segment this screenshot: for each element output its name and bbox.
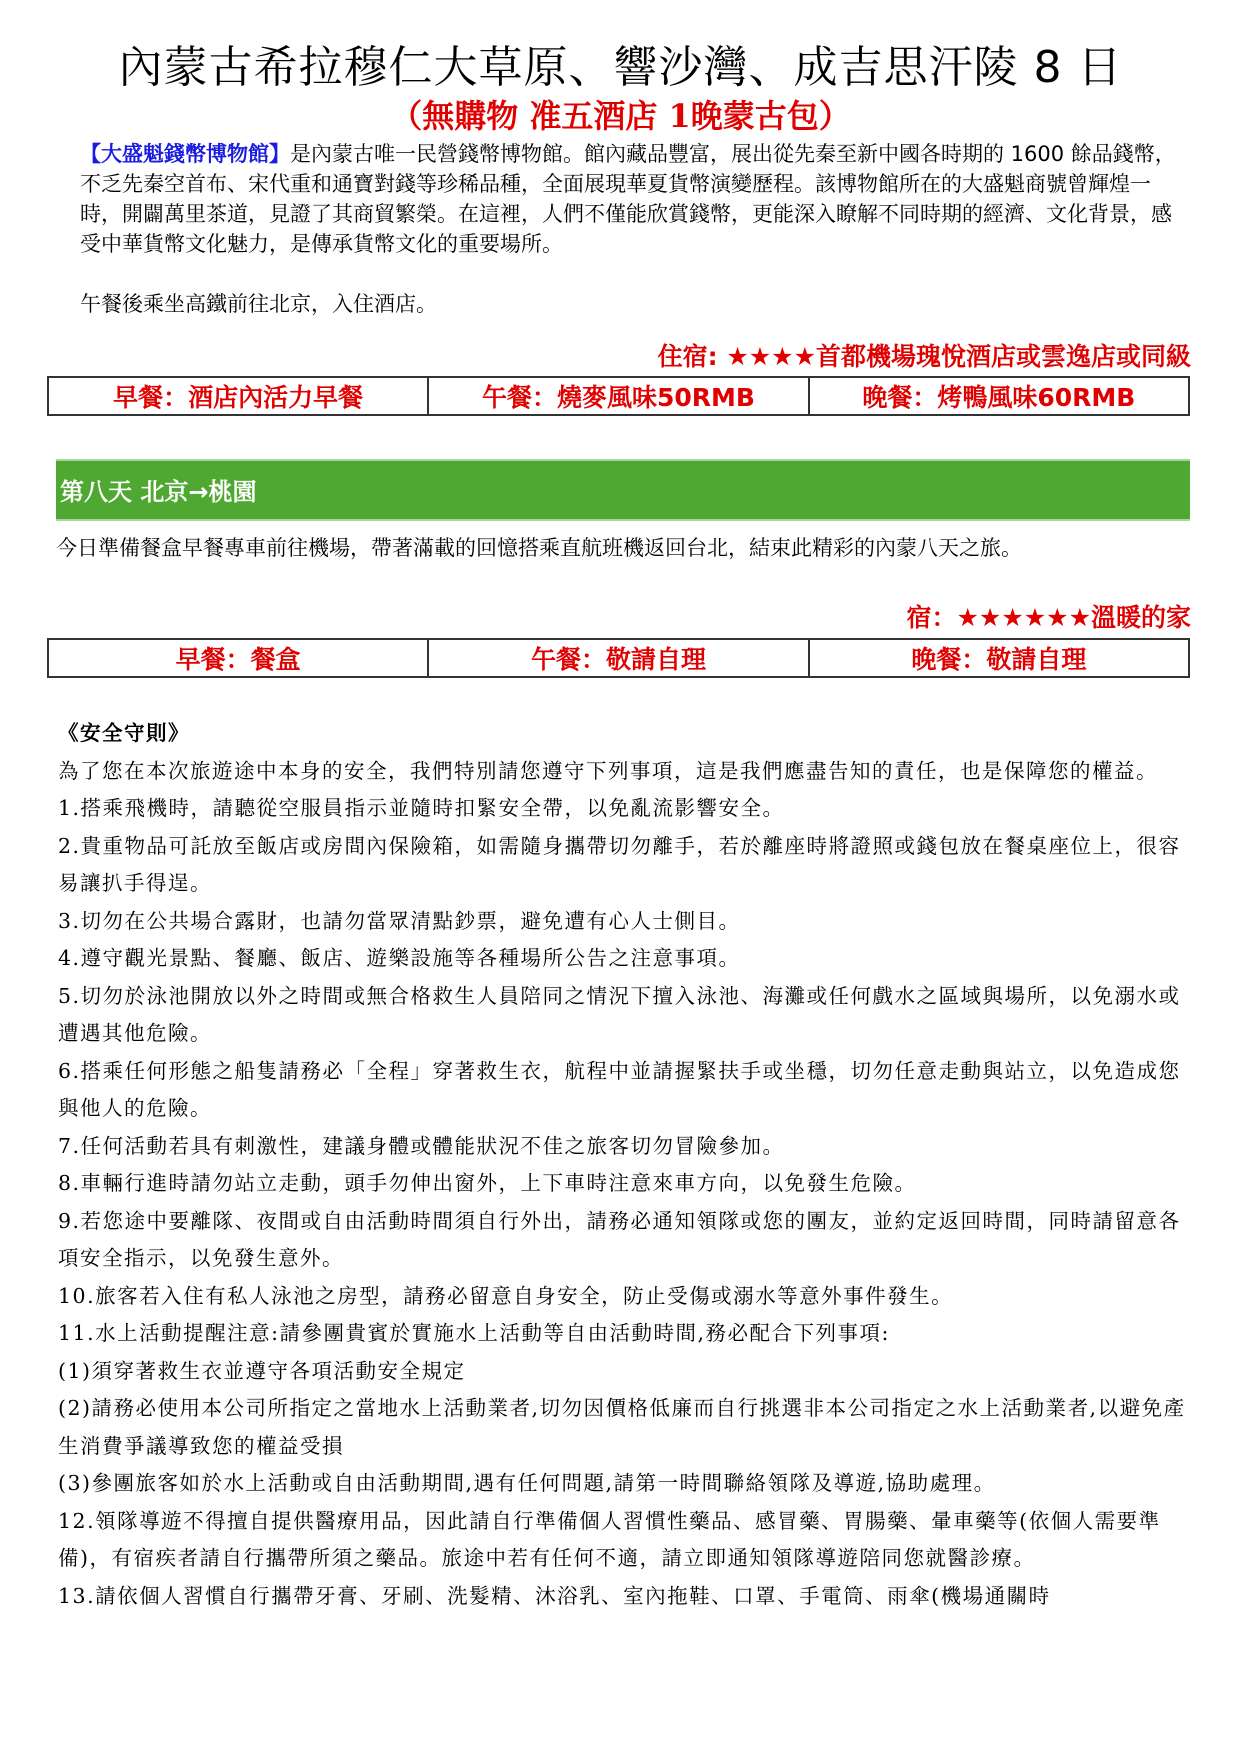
safety-item: 10.旅客若入住有私人泳池之房型，請務必留意自身安全，防止受傷或溺水等意外事件發… <box>58 1278 1193 1316</box>
safety-item: 2.貴重物品可託放至飯店或房間內保險箱，如需隨身攜帶切勿離手，若於離座時將證照或… <box>58 828 1193 903</box>
day8-dinner: 晚餐：敬請自理 <box>809 639 1189 677</box>
safety-item: 13.請依個人習慣自行攜帶牙膏、牙刷、洗髮精、沐浴乳、室內拖鞋、口罩、手電筒、雨… <box>58 1578 1193 1616</box>
safety-subitem: (1)須穿著救生衣並遵守各項活動安全規定 <box>58 1353 1193 1391</box>
day8-hotel: 宿：★★★★★★溫暖的家 <box>907 602 1191 634</box>
museum-paragraph: 【大盛魁錢幣博物館】是內蒙古唯一民營錢幣博物館。館內藏品豐富，展出從先秦至新中國… <box>80 139 1180 259</box>
museum-name: 【大盛魁錢幣博物館】 <box>80 142 290 166</box>
day7-hotel: 住宿: ★★★★首都機場瑰悅酒店或雲逸店或同級 <box>658 341 1191 373</box>
day8-breakfast: 早餐：餐盒 <box>48 639 428 677</box>
safety-item: 7.任何活動若具有刺激性，建議身體或體能狀況不佳之旅客切勿冒險參加。 <box>58 1128 1193 1166</box>
safety-item: 4.遵守觀光景點、餐廳、飯店、遊樂設施等各種場所公告之注意事項。 <box>58 940 1193 978</box>
afternoon-note: 午餐後乘坐高鐵前往北京，入住酒店。 <box>80 289 437 319</box>
day8-meals-table: 早餐：餐盒 午餐：敬請自理 晚餐：敬請自理 <box>47 638 1190 678</box>
safety-item: 1.搭乘飛機時，請聽從空服員指示並隨時扣緊安全帶，以免亂流影響安全。 <box>58 790 1193 828</box>
document-title: 內蒙古希拉穆仁大草原、響沙灣、成吉思汗陵 8 日 <box>0 40 1241 96</box>
safety-item: 3.切勿在公共場合露財，也請勿當眾清點鈔票，避免遭有心人士側目。 <box>58 903 1193 941</box>
safety-item: 6.搭乘任何形態之船隻請務必「全程」穿著救生衣，航程中並請握緊扶手或坐穩，切勿任… <box>58 1053 1193 1128</box>
safety-subitem: (2)請務必使用本公司所指定之當地水上活動業者,切勿因價格低廉而自行挑選非本公司… <box>58 1390 1193 1465</box>
safety-item: 8.車輛行進時請勿站立走動，頭手勿伸出窗外，上下車時注意來車方向，以免發生危險。 <box>58 1165 1193 1203</box>
day7-breakfast: 早餐：酒店內活力早餐 <box>48 377 428 415</box>
safety-item: 9.若您途中要離隊、夜間或自由活動時間須自行外出，請務必通知領隊或您的團友，並約… <box>58 1203 1193 1278</box>
day7-meals-table: 早餐：酒店內活力早餐 午餐：燒麥風味50RMB 晚餐：烤鴨風味60RMB <box>47 376 1190 416</box>
safety-subitem: (3)參團旅客如於水上活動或自由活動期間,遇有任何問題,請第一時間聯絡領隊及導遊… <box>58 1465 1193 1503</box>
safety-item: 11.水上活動提醒注意:請參團貴賓於實施水上活動等自由活動時間,務必配合下列事項… <box>58 1315 1193 1353</box>
safety-item: 12.領隊導遊不得擅自提供醫療用品，因此請自行準備個人習慣性藥品、感冒藥、胃腸藥… <box>58 1503 1193 1578</box>
day8-description: 今日準備餐盒早餐專車前往機場，帶著滿載的回憶搭乘直航班機返回台北，結束此精彩的內… <box>56 533 1206 563</box>
document-subtitle: （無購物 准五酒店 1晚蒙古包） <box>0 96 1241 136</box>
day7-lunch: 午餐：燒麥風味50RMB <box>428 377 808 415</box>
safety-item: 5.切勿於泳池開放以外之時間或無合格救生人員陪同之情況下擅入泳池、海灘或任何戲水… <box>58 978 1193 1053</box>
day8-lunch: 午餐：敬請自理 <box>428 639 808 677</box>
day8-header: 第八天 北京→桃園 <box>56 459 1190 521</box>
safety-heading: 《安全守則》 <box>58 715 1193 753</box>
safety-rules-section: 《安全守則》 為了您在本次旅遊途中本身的安全，我們特別請您遵守下列事項，這是我們… <box>58 715 1193 1615</box>
safety-intro: 為了您在本次旅遊途中本身的安全，我們特別請您遵守下列事項，這是我們應盡告知的責任… <box>58 753 1193 791</box>
day7-dinner: 晚餐：烤鴨風味60RMB <box>809 377 1189 415</box>
